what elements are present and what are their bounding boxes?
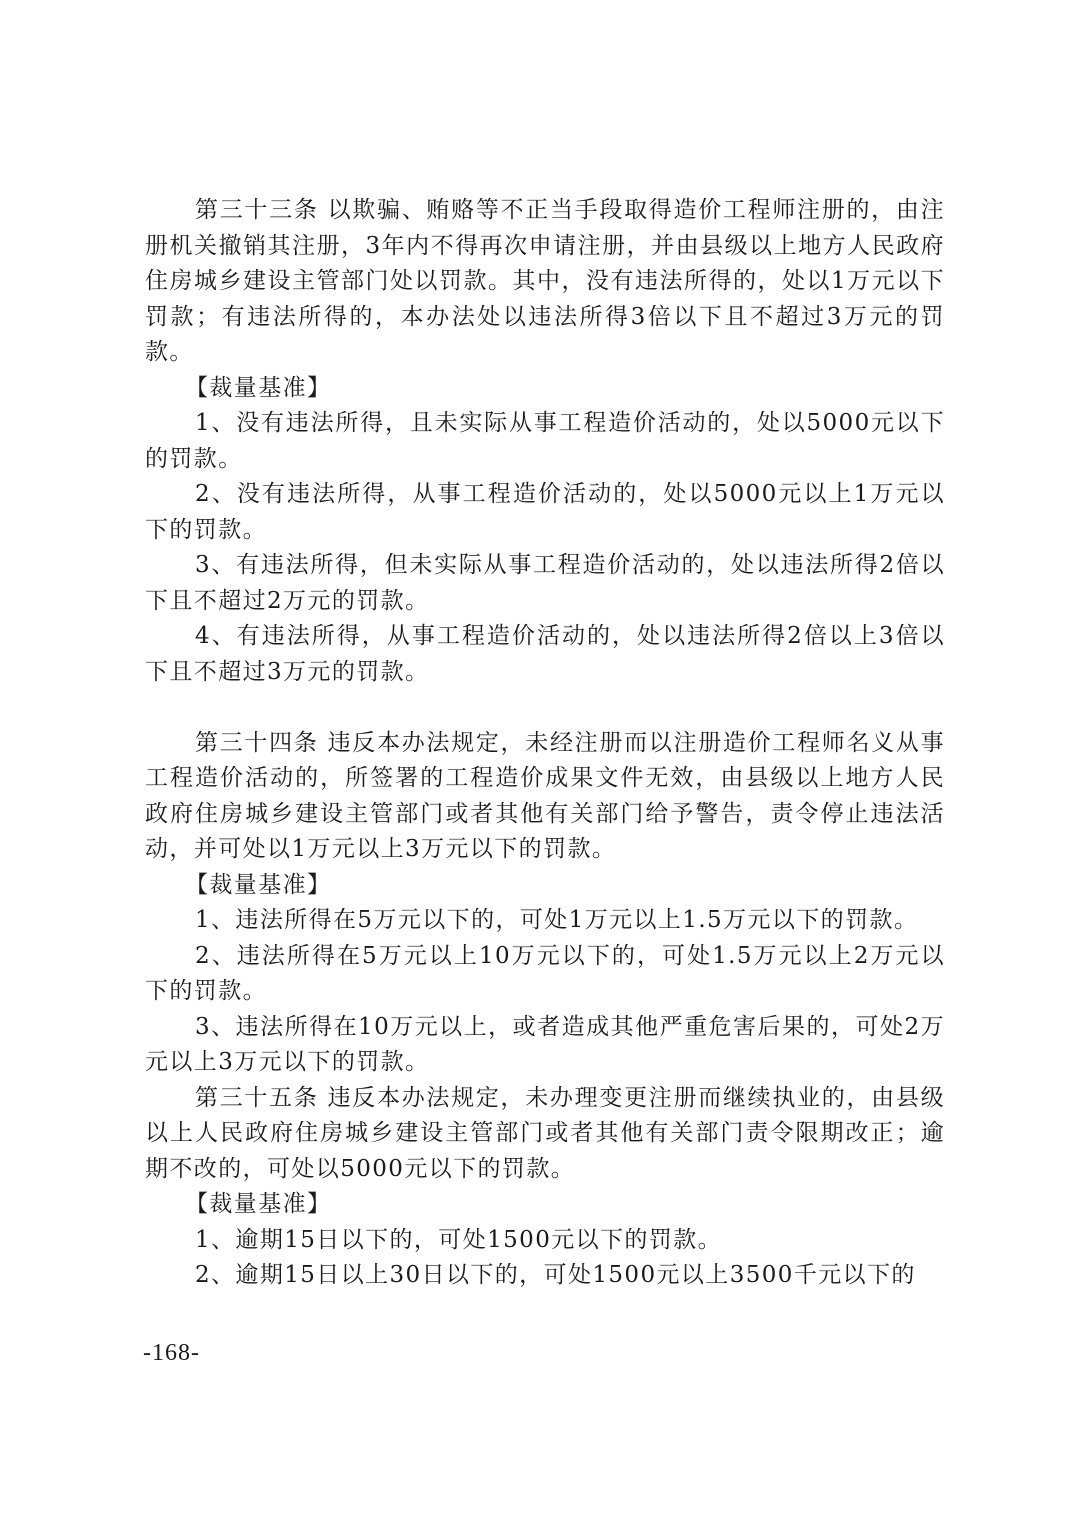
standard-item: 2、没有违法所得，从事工程造价活动的，处以5000元以上1万元以下的罚款。 [145,477,945,548]
page-number: -168- [143,1340,200,1367]
article-34-text: 第三十四条 违反本办法规定，未经注册而以注册造价工程师名义从事工程造价活动的，所… [145,726,945,868]
article-35-section: 第三十五条 违反本办法规定，未办理变更注册而继续执业的，由县级以上人民政府住房城… [145,1081,945,1294]
article-35-text: 第三十五条 违反本办法规定，未办理变更注册而继续执业的，由县级以上人民政府住房城… [145,1081,945,1188]
section-spacer [145,690,945,726]
discretion-standard-heading: 【裁量基准】 [145,371,945,407]
article-33-section: 第三十三条 以欺骗、贿赂等不正当手段取得造价工程师注册的，由注册机关撤销其注册，… [145,193,945,690]
standard-item: 1、违法所得在5万元以下的，可处1万元以上1.5万元以下的罚款。 [145,903,945,939]
article-34-section: 第三十四条 违反本办法规定，未经注册而以注册造价工程师名义从事工程造价活动的，所… [145,726,945,1081]
standard-item: 1、逾期15日以下的，可处1500元以下的罚款。 [145,1223,945,1259]
standard-item: 3、违法所得在10万元以上，或者造成其他严重危害后果的，可处2万元以上3万元以下… [145,1010,945,1081]
discretion-standard-heading: 【裁量基准】 [145,868,945,904]
standard-item: 2、逾期15日以上30日以下的，可处1500元以上3500千元以下的 [145,1258,945,1294]
standard-item: 4、有违法所得，从事工程造价活动的，处以违法所得2倍以上3倍以下且不超过3万元的… [145,619,945,690]
discretion-standard-heading: 【裁量基准】 [145,1187,945,1223]
document-page: 第三十三条 以欺骗、贿赂等不正当手段取得造价工程师注册的，由注册机关撤销其注册，… [145,193,945,1294]
standard-item: 2、违法所得在5万元以上10万元以下的，可处1.5万元以上2万元以下的罚款。 [145,939,945,1010]
standard-item: 3、有违法所得，但未实际从事工程造价活动的，处以违法所得2倍以下且不超过2万元的… [145,548,945,619]
standard-item: 1、没有违法所得，且未实际从事工程造价活动的，处以5000元以下的罚款。 [145,406,945,477]
article-33-text: 第三十三条 以欺骗、贿赂等不正当手段取得造价工程师注册的，由注册机关撤销其注册，… [145,193,945,371]
